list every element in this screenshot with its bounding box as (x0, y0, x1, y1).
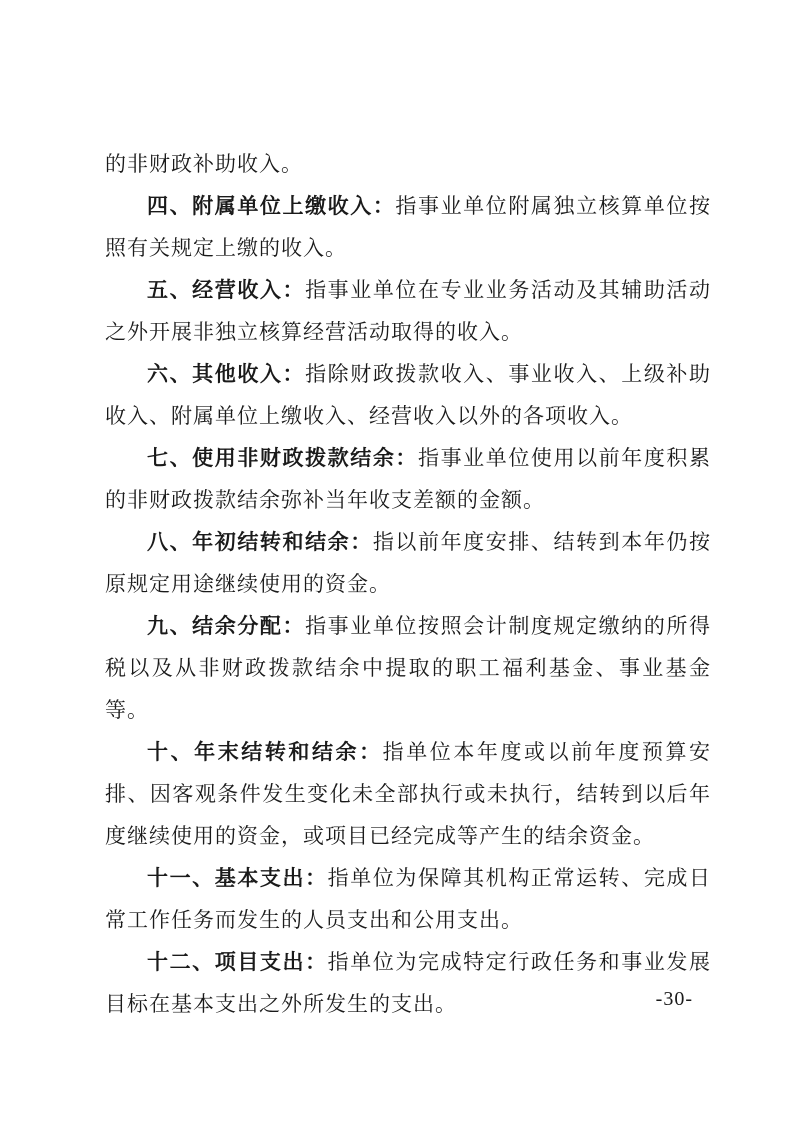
definition-term: 四、附属单位上缴收入： (147, 194, 395, 218)
definition-paragraph: 五、经营收入：指事业单位在专业业务活动及其辅助活动之外开展非独立核算经营活动取得… (105, 269, 711, 353)
page-number: -30- (656, 988, 693, 1011)
definition-term: 十、年末结转和结余： (147, 740, 383, 764)
document-page: 的非财政补助收入。 四、附属单位上缴收入：指事业单位附属独立核算单位按照有关规定… (0, 0, 793, 1122)
definition-term: 九、结余分配： (147, 614, 305, 638)
definition-paragraph: 四、附属单位上缴收入：指事业单位附属独立核算单位按照有关规定上缴的收入。 (105, 185, 711, 269)
definition-term: 五、经营收入： (147, 278, 305, 302)
definition-paragraph: 八、年初结转和结余：指以前年度安排、结转到本年仍按原规定用途继续使用的资金。 (105, 521, 711, 605)
continuation-text: 的非财政补助收入。 (105, 143, 711, 185)
definition-term: 十二、项目支出： (147, 950, 328, 974)
definition-paragraph: 十一、基本支出：指单位为保障其机构正常运转、完成日常工作任务而发生的人员支出和公… (105, 857, 711, 941)
definition-term: 八、年初结转和结余： (147, 530, 373, 554)
definition-paragraph: 六、其他收入：指除财政拨款收入、事业收入、上级补助收入、附属单位上缴收入、经营收… (105, 353, 711, 437)
definition-paragraph: 九、结余分配：指事业单位按照会计制度规定缴纳的所得税以及从非财政拨款结余中提取的… (105, 605, 711, 731)
definition-paragraph: 十二、项目支出：指单位为完成特定行政任务和事业发展目标在基本支出之外所发生的支出… (105, 941, 711, 1025)
definition-paragraph: 七、使用非财政拨款结余：指事业单位使用以前年度积累的非财政拨款结余弥补当年收支差… (105, 437, 711, 521)
definition-term: 六、其他收入： (147, 362, 305, 386)
definition-term: 七、使用非财政拨款结余： (147, 446, 418, 470)
definition-paragraph: 十、年末结转和结余：指单位本年度或以前年度预算安排、因客观条件发生变化未全部执行… (105, 731, 711, 857)
definition-term: 十一、基本支出： (147, 866, 328, 890)
document-body: 的非财政补助收入。 四、附属单位上缴收入：指事业单位附属独立核算单位按照有关规定… (105, 143, 711, 1025)
